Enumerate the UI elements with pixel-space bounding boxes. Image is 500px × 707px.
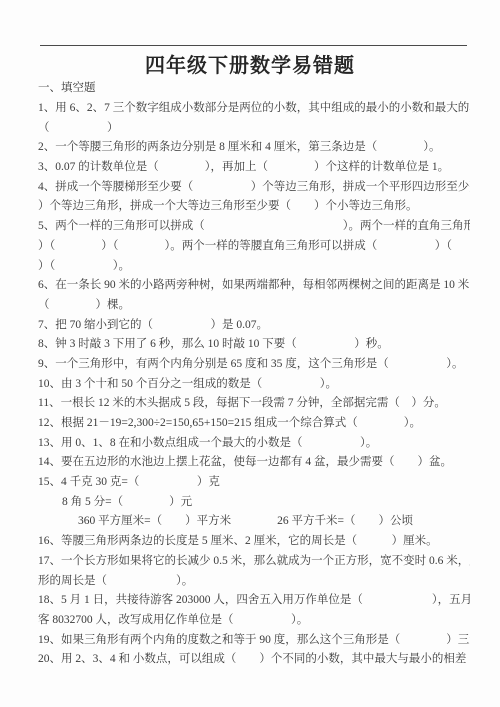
question-line-17a: 17、一个长方形如果将它的长减少 0.5 米，那么就成为一个正方形，宽不变时 0… — [38, 552, 470, 572]
question-line-10: 10、由 3 个十和 50 个百分之一组成的数是（ ）。 — [38, 375, 470, 395]
question-line-15c: 360 平方厘米=（ ）平方米 26 平方千米=（ ）公顷 — [38, 512, 470, 532]
question-line-1a: 1、用 6、2、7 三个数字组成小数部分是两位的小数，其中组成的最小的小数和最大… — [38, 99, 470, 119]
question-line-16: 16、等腰三角形两条边的长度是 5 厘米、2 厘米，它的周长是（ ）厘米。 — [38, 532, 470, 552]
question-line-5a: 5、两个一样的三角形可以拼成（ ）。两个一样的直角三角形可以拼成（ — [38, 217, 470, 237]
question-line-4b: ）个等边三角形，拼成一个大等边三角形至少要（ ）个小等边三角形。 — [38, 197, 470, 217]
question-line-15a: 15、4 千克 30 克=（ ）克 — [38, 473, 470, 493]
question-line-1b: （ ） — [38, 119, 470, 139]
question-line-18a: 18、5 月 1 日，共接待游客 203000 人，四舍五入用万作单位是（ ），… — [38, 591, 470, 611]
question-line-14: 14、要在五边形的水池边上摆上花盆，使每一边都有 4 盆，最少需要（ ）盆。 — [38, 453, 470, 473]
question-line-9: 9、一个三角形中，有两个内角分别是 65 度和 35 度，这个三角形是（ ）。 — [38, 355, 470, 375]
header-rule — [40, 45, 467, 46]
question-line-18b: 客 8032700 人，改写成用亿作单位是（ ）。 — [38, 611, 470, 631]
question-line-15b: 8 角 5 分=（ ）元 — [38, 493, 470, 513]
question-line-4a: 4、拼成一个等腰梯形至少要（ ）个等边三角形，拼成一个平形四边形至少要（ — [38, 178, 470, 198]
question-line-7: 7、把 70 缩小到它的（ ）是 0.07。 — [38, 316, 470, 336]
question-line-12: 12、根据 21－19=2,300÷2=150,65+150=215 组成一个综… — [38, 414, 470, 434]
question-line-6a: 6、在一条长 90 米的小路两旁种树，如果两端都种，每相邻两棵树之间的距离是 1… — [38, 276, 470, 296]
question-line-5c: ）（ ）。 — [38, 257, 470, 277]
section-heading: 一、填空题 — [38, 78, 470, 99]
question-line-6b: （ ）棵。 — [38, 296, 470, 316]
question-line-8: 8、钟 3 时敲 3 下用了 6 秒，那么 10 时敲 10 下要（ ）秒。 — [38, 335, 470, 355]
question-line-13: 13、用 0、1、8 在和小数点组成一个最大的小数是（ ）。 — [38, 434, 470, 454]
question-line-19: 19、如果三角形有两个内角的度数之和等于 90 度，那么这个三角形是（ ）三角形… — [38, 631, 470, 651]
question-line-3: 3、0.07 的计数单位是（ ），再加上（ ）个这样的计数单位是 1。 — [38, 158, 470, 178]
page-title: 四年级下册数学易错题 — [0, 49, 500, 78]
question-line-17b: 形的周长是（ ）。 — [38, 572, 470, 592]
question-line-2: 2、一个等腰三角形的两条边分别是 8 厘米和 4 厘米，第三条边是（ ）。 — [38, 138, 470, 158]
question-line-11: 11、一根长 12 米的木头据成 5 段，每据下一段需 7 分钟，全部据完需（ … — [38, 394, 470, 414]
question-line-20: 20、用 2、3、4 和 小数点，可以组成（ ）个不同的小数，其中最大与最小的相… — [38, 650, 470, 670]
worksheet-page: 四年级下册数学易错题 一、填空题 1、用 6、2、7 三个数字组成小数部分是两位… — [0, 0, 500, 707]
question-line-5b: ）（ ）（ ）。两个一样的等腰直角三角形可以拼成（ ）（ — [38, 237, 470, 257]
worksheet-body: 一、填空题 1、用 6、2、7 三个数字组成小数部分是两位的小数，其中组成的最小… — [38, 78, 470, 670]
